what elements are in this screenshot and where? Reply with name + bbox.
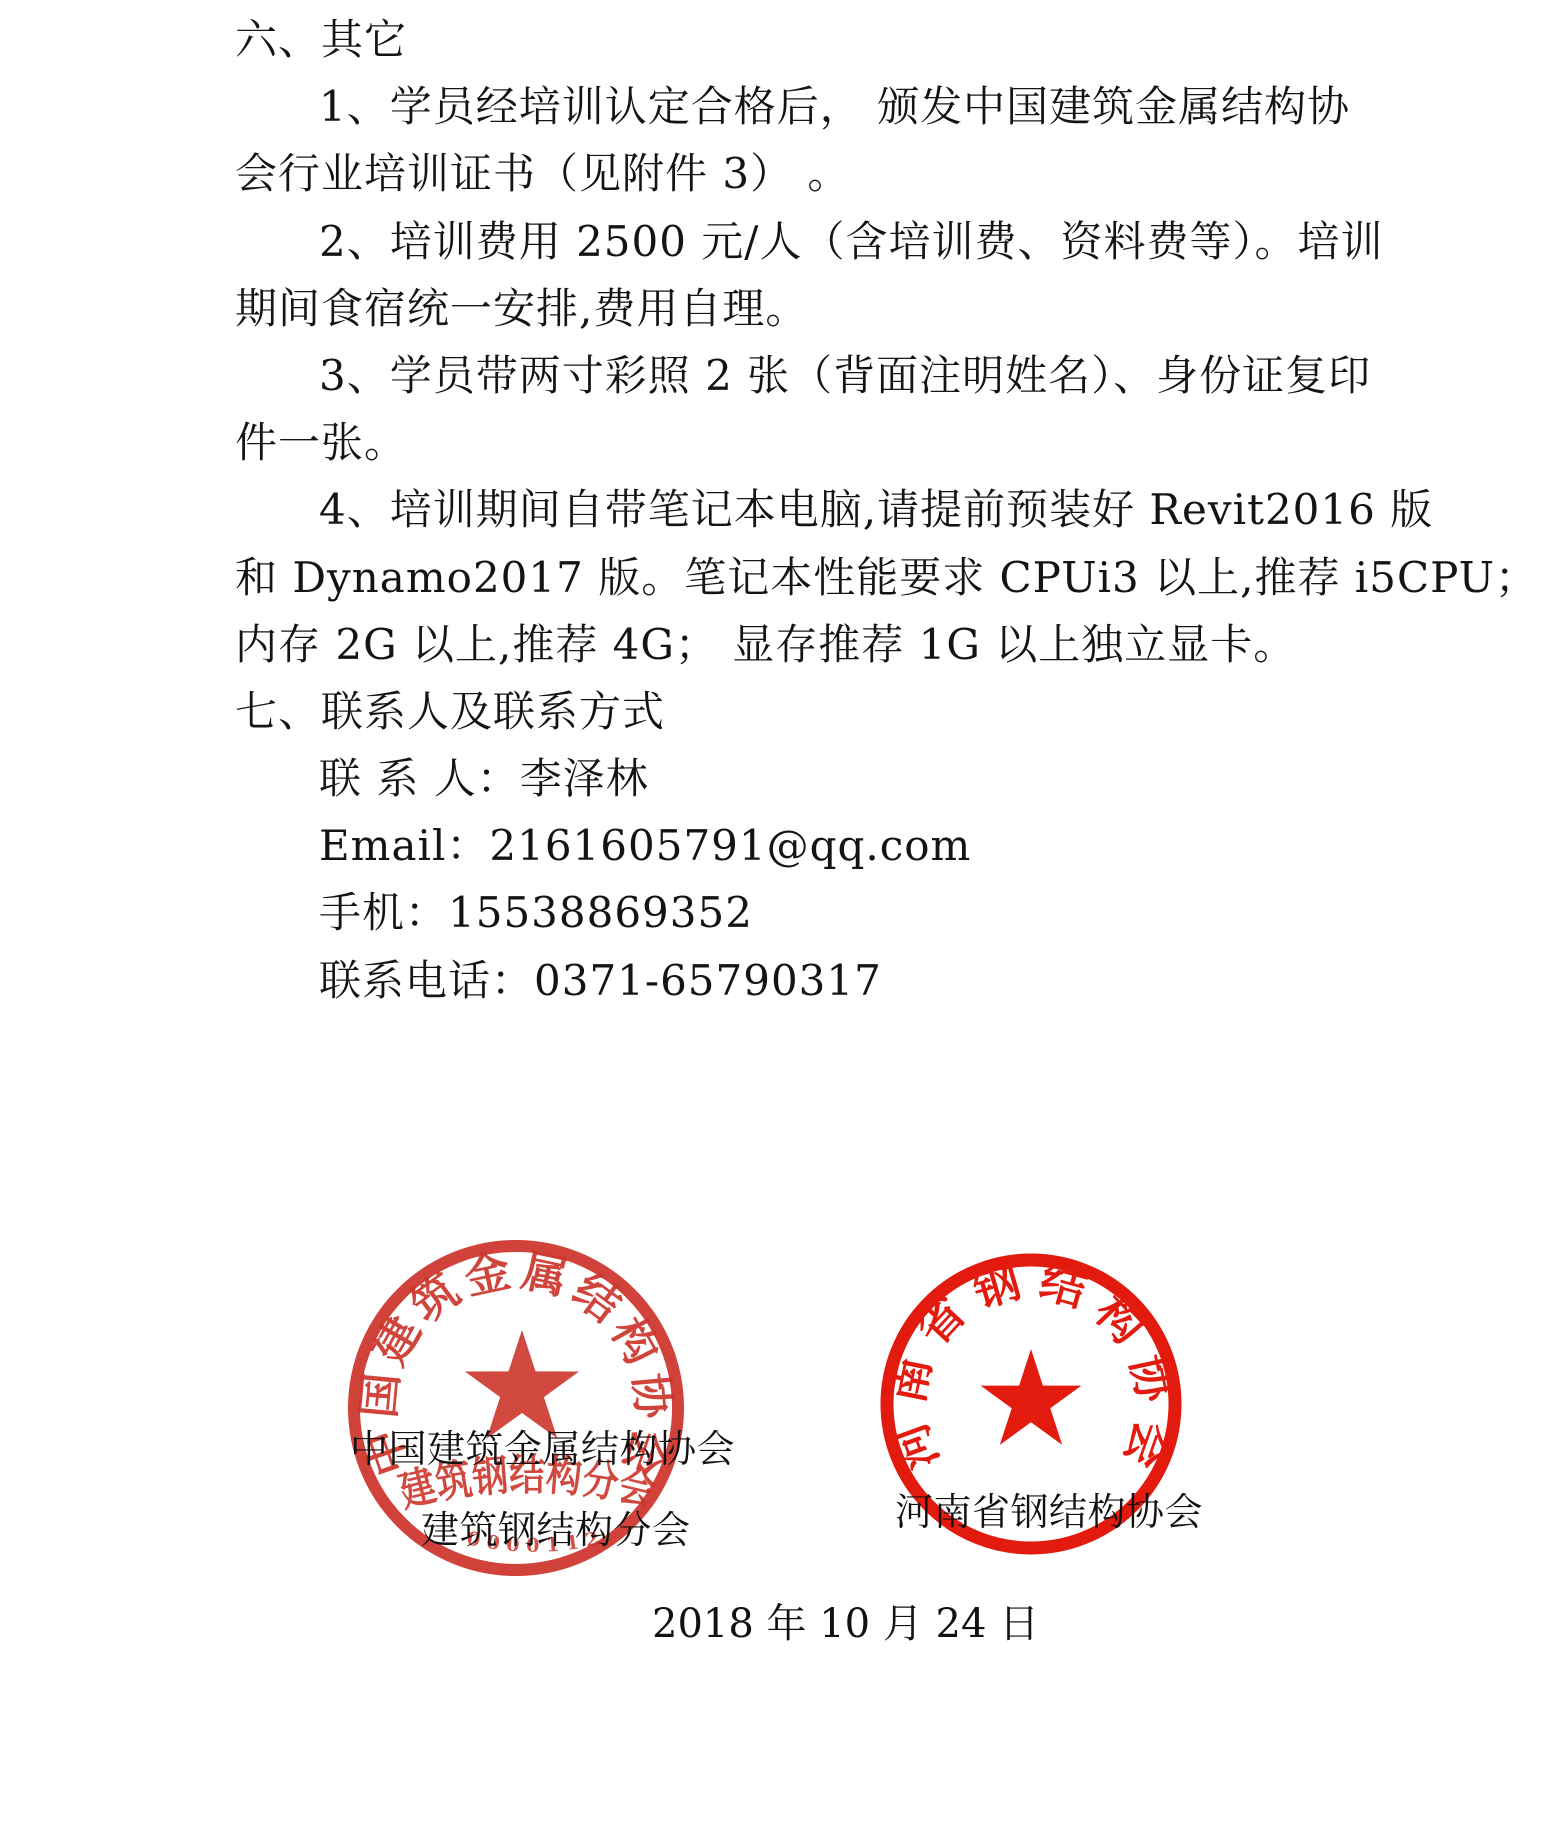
text-line: 六、其它 xyxy=(235,6,1343,73)
text-line: 和 Dynamo2017 版。笔记本性能要求 CPUi3 以上,推荐 i5CPU… xyxy=(235,544,1343,611)
star-icon xyxy=(465,1330,579,1439)
text-line: 2、培训费用 2500 元/人（含培训费、资料费等）。培训 xyxy=(235,208,1343,275)
text-line: Email：2161605791@qq.com xyxy=(235,812,1343,879)
text-line: 件一张。 xyxy=(235,409,1343,476)
text-line: 会行业培训证书（见附件 3） 。 xyxy=(235,140,1343,207)
star-icon xyxy=(981,1349,1082,1445)
document-date: 2018 年 10 月 24 日 xyxy=(652,1592,1039,1649)
text-line: 3、学员带两寸彩照 2 张（背面注明姓名）、身份证复印 xyxy=(235,342,1343,409)
signature-left-org: 中国建筑金属结构协会 xyxy=(350,1429,735,1469)
signature-right-org: 河南省钢结构协会 xyxy=(895,1492,1203,1532)
text-line: 期间食宿统一安排,费用自理。 xyxy=(235,275,1343,342)
text-line: 联系电话：0371-65790317 xyxy=(235,947,1343,1014)
text-line: 4、培训期间自带笔记本电脑,请提前预装好 Revit2016 版 xyxy=(235,476,1343,543)
text-line: 七、联系人及联系方式 xyxy=(235,678,1343,745)
text-line: 1、学员经培训认定合格后， 颁发中国建筑金属结构协 xyxy=(235,73,1343,140)
text-line: 内存 2G 以上,推荐 4G； 显存推荐 1G 以上独立显卡。 xyxy=(235,611,1343,678)
text-line: 手机：15538869352 xyxy=(235,879,1343,946)
signature-left-branch: 建筑钢结构分会 xyxy=(421,1510,691,1550)
document-body: 六、其它 1、学员经培训认定合格后， 颁发中国建筑金属结构协 会行业培训证书（见… xyxy=(235,6,1343,1014)
text-line: 联 系 人：李泽林 xyxy=(235,745,1343,812)
